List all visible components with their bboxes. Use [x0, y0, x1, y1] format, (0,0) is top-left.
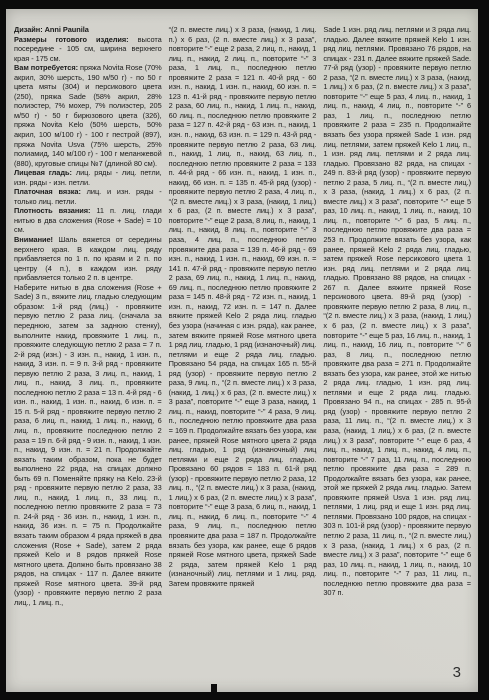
paragraph-text: Наберите нитью в два сложения (Rose + Sa…: [14, 283, 162, 607]
page-number: 3: [453, 664, 461, 681]
paragraph-text: Sade 1 изн. ряд лиц. петлями и 3 ряда ли…: [323, 25, 471, 597]
paragraph-sizes: Размеры готового изделия: высота посеред…: [14, 35, 162, 64]
magazine-page: Дизайн: Anni Paunila Размеры готового из…: [6, 9, 478, 692]
scan-artifact-mark: [211, 684, 217, 696]
paragraph-gauge: Плотность вязания: 11 п. лиц. глади нить…: [14, 206, 162, 235]
paragraph-instructions: Sade 1 изн. ряд лиц. петлями и 3 ряда ли…: [323, 25, 471, 598]
text-column-1: Дизайн: Anni Paunila Размеры готового из…: [14, 25, 162, 607]
paragraph-text: пряжа Novita Rose (70% акрил, 30% шерсть…: [14, 63, 162, 167]
paragraph-garter: Платочная вязка: лиц. и изн. ряды - толь…: [14, 187, 162, 206]
scanned-magazine-page: { "page_number": "3", "columns": [ { "pa…: [0, 0, 489, 700]
paragraph-lead: Размеры готового изделия:: [14, 35, 129, 44]
paragraph-stockinette: Лицевая гладь: лиц. ряды - лиц. петли, и…: [14, 168, 162, 187]
paragraph-lead: Внимание!: [14, 235, 53, 244]
text-column-2: “(2 п. вместе лиц.) x 3 раза, (накид, 1 …: [169, 25, 317, 607]
paragraph-design: Дизайн: Anni Paunila: [14, 25, 162, 35]
paragraph-attention: Внимание! Шаль вяжется от середины верхн…: [14, 235, 162, 283]
paragraph-lead: Плотность вязания:: [14, 206, 90, 215]
paragraph-lead: Дизайн: Anni Paunila: [14, 25, 89, 34]
paragraph-instructions: Наберите нитью в два сложения (Rose + Sa…: [14, 283, 162, 608]
paragraph-lead: Платочная вязка:: [14, 187, 81, 196]
text-column-3: Sade 1 изн. ряд лиц. петлями и 3 ряда ли…: [323, 25, 471, 607]
paragraph-materials: Вам потребуется: пряжа Novita Rose (70% …: [14, 63, 162, 168]
paragraph-lead: Вам потребуется:: [14, 63, 78, 72]
text-grid: Дизайн: Anni Paunila Размеры готового из…: [14, 25, 471, 607]
paragraph-lead: Лицевая гладь:: [14, 168, 72, 177]
paragraph-instructions: “(2 п. вместе лиц.) x 3 раза, (накид, 1 …: [169, 25, 317, 588]
paragraph-text: “(2 п. вместе лиц.) x 3 раза, (накид, 1 …: [169, 25, 317, 588]
